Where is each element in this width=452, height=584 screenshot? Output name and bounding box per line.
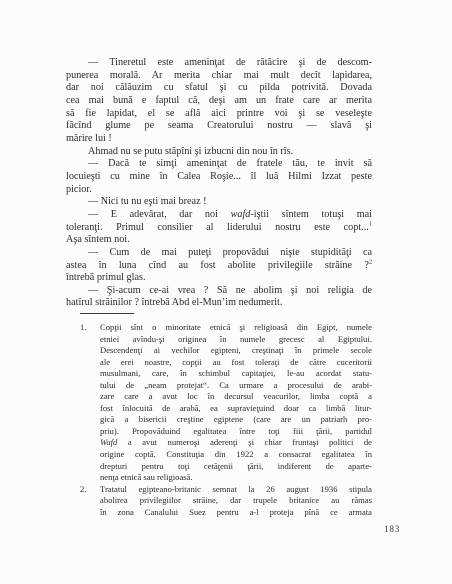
text-segment: — Tineretul este ameninţat de rătăcire ş… [88, 57, 372, 68]
footnote-line: etniei avîndu-şi originea în numele grec… [100, 334, 372, 346]
text-line: făcînd glume pe seama Creatorului nostru… [66, 120, 372, 133]
text-segment: abolirea privilegiilor străine, dar trup… [100, 495, 372, 505]
text-line: picior. [66, 184, 372, 197]
text-segment: — E adevărat, dar noi [88, 209, 231, 220]
text-segment: origine coptă. Constituţia din 1922 a co… [100, 449, 372, 459]
footnote-line: zare care a avut loc în decursul veacuri… [100, 391, 372, 403]
text-segment: tului de „neam protejat“. Ca urmare a pr… [100, 380, 372, 390]
text-segment: picior. [66, 184, 92, 195]
text-line: Ahmad nu se putu stăpîni şi izbucni din … [66, 146, 372, 159]
text-segment: toleranţi. Primul consilier al liderului… [66, 222, 369, 233]
footnote-line: priu). Propovăduind egalitatea între toţ… [100, 426, 372, 438]
text-line: — Nici tu nu eşti mai breaz ! [66, 196, 372, 209]
text-segment: cea mai bună e faptul că, deşi am un fra… [66, 95, 372, 106]
text-segment: făcînd glume pe seama Creatorului nostru… [66, 120, 372, 131]
book-page: — Tineretul este ameninţat de rătăcire ş… [0, 0, 452, 584]
footnote-line: drepturi pentru toţi cetăţenii ţării, in… [100, 461, 372, 473]
text-segment: a avut numeroşi aderenţi şi chiar frunta… [117, 437, 372, 447]
footnote-line: 2.Tratatul egipteano-britanic semnat la … [100, 484, 372, 496]
text-segment: Aşa sîntem noi. [66, 234, 130, 245]
text-line: — Şi-acum ce-ai vrea ? Să ne abolim şi n… [66, 285, 372, 298]
main-text-block: — Tineretul este ameninţat de rătăcire ş… [66, 57, 372, 310]
text-segment: astea în luna cînd au fost abolite privi… [66, 260, 369, 271]
footnote-marker: 2. [80, 484, 100, 496]
text-segment: etniei avîndu-şi originea în numele grec… [100, 334, 372, 344]
text-segment: mărire lui ! [66, 133, 112, 144]
text-segment: locuieşti cu mine în Calea Roşie... îl l… [66, 171, 372, 182]
footnote-line: tului de „neam protejat“. Ca urmare a pr… [100, 380, 372, 392]
text-line: întrebă primul glas. [66, 272, 372, 285]
text-line: — Cum de mai puteţi propovădui nişte stu… [66, 247, 372, 260]
text-line: astea în luna cînd au fost abolite privi… [66, 260, 372, 273]
footnote-line: Descendenţi ai vechilor egipteni, creşti… [100, 345, 372, 357]
footnote-line: abolirea privilegiilor străine, dar trup… [100, 495, 372, 507]
text-line: toleranţi. Primul consilier al liderului… [66, 222, 372, 235]
text-segment: priu). Propovăduind egalitatea între toţ… [100, 426, 372, 436]
text-line: cea mai bună e faptul că, deşi am un fra… [66, 95, 372, 108]
text-segment: Tratatul egipteano-britanic semnat la 26… [100, 484, 372, 494]
footnote-marker: 1. [80, 322, 100, 334]
text-segment: Wafd [100, 437, 117, 447]
text-segment: — Şi-acum ce-ai vrea ? Să ne abolim şi n… [88, 285, 372, 296]
text-segment: musulmani, care, în schimbul capitaţiei,… [100, 368, 372, 378]
text-segment: în zona Canalului Suez pentru a-l protej… [100, 507, 372, 517]
footnote-line: ale erei noastre, copţii au fost toleraţ… [100, 357, 372, 369]
footnote-line: 1.Copţii sînt o minoritate etnică şi rel… [100, 322, 372, 334]
text-segment: punerea morală. Ar merita chiar mai mult… [66, 70, 372, 81]
text-segment: Ahmad nu se putu stăpîni şi izbucni din … [88, 146, 293, 157]
text-line: — E adevărat, dar noi wafd-iştii sîntem … [66, 209, 372, 222]
footnote-line: fost înlocuită de arabă, ea supravieţuin… [100, 403, 372, 415]
text-segment: — Nici tu nu eşti mai breaz ! [88, 196, 207, 207]
text-line: dar noi călăuzim cu sfatul şi cu pilda p… [66, 82, 372, 95]
text-line: — Tineretul este ameninţat de rătăcire ş… [66, 57, 372, 70]
text-segment: zare care a avut loc în decursul veacuri… [100, 391, 372, 401]
text-segment: să fie lapidat, el se află aici printre … [66, 108, 372, 119]
text-segment: fost înlocuită de arabă, ea supravieţuin… [100, 403, 372, 413]
text-segment: gică a bisericii creştine egiptene (care… [100, 414, 372, 424]
text-segment: hatîrul străinilor ? întrebă Abd el-Mun’… [66, 297, 282, 308]
footnote-line: gică a bisericii creştine egiptene (care… [100, 414, 372, 426]
footnote-reference: 1 [369, 220, 372, 227]
text-line: locuieşti cu mine în Calea Roşie... îl l… [66, 171, 372, 184]
text-segment: wafd [231, 209, 251, 220]
text-segment: ale erei noastre, copţii au fost toleraţ… [100, 357, 372, 367]
footnote-separator [80, 313, 134, 314]
page-number: 183 [384, 524, 400, 534]
text-segment: Descendenţi ai vechilor egipteni, creşti… [100, 345, 372, 355]
text-segment: întrebă primul glas. [66, 272, 146, 283]
footnote-line: în zona Canalului Suez pentru a-l protej… [100, 507, 372, 519]
footnote-line: origine coptă. Constituţia din 1922 a co… [100, 449, 372, 461]
footnotes-block: 1.Copţii sînt o minoritate etnică şi rel… [100, 322, 372, 518]
footnote-reference: 2 [369, 258, 372, 265]
text-line: — Dacă te simţi ameninţat de fratele tău… [66, 158, 372, 171]
text-segment: Copţii sînt o minoritate etnică şi relig… [100, 322, 372, 332]
text-segment: nenţa etnică sau religioasă. [100, 472, 193, 482]
text-line: hatîrul străinilor ? întrebă Abd el-Mun’… [66, 297, 372, 310]
footnote-line: nenţa etnică sau religioasă. [100, 472, 372, 484]
text-segment: dar noi călăuzim cu sfatul şi cu pilda p… [66, 82, 372, 93]
text-line: Aşa sîntem noi. [66, 234, 372, 247]
text-line: punerea morală. Ar merita chiar mai mult… [66, 70, 372, 83]
text-line: mărire lui ! [66, 133, 372, 146]
text-segment: — Cum de mai puteţi propovădui nişte stu… [88, 247, 372, 258]
text-segment: drepturi pentru toţi cetăţenii ţării, in… [100, 461, 372, 471]
text-segment: -iştii sîntem totuşi mai [250, 209, 372, 220]
footnote-line: musulmani, care, în schimbul capitaţiei,… [100, 368, 372, 380]
footnote-line: Wafd a avut numeroşi aderenţi şi chiar f… [100, 437, 372, 449]
text-segment: — Dacă te simţi ameninţat de fratele tău… [88, 158, 372, 169]
text-line: să fie lapidat, el se află aici printre … [66, 108, 372, 121]
